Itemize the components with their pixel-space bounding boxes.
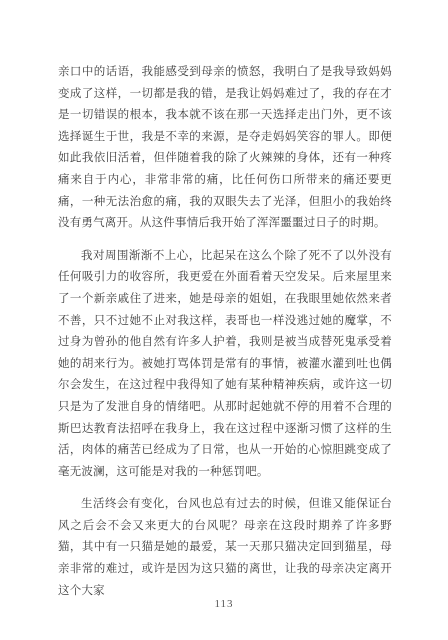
paragraph-1: 亲口中的话语，我能感受到母亲的愤怒，我明白了是我导致妈妈变成了这样，一切都是我的… bbox=[58, 62, 392, 235]
page-number: 113 bbox=[0, 598, 448, 610]
paragraph-2: 我对周围渐渐不上心，比起呆在这么个除了死不了以外没有任何吸引力的收容所，我更爱在… bbox=[58, 246, 392, 484]
document-page: 亲口中的话语，我能感受到母亲的愤怒，我明白了是我导致妈妈变成了这样，一切都是我的… bbox=[0, 0, 448, 640]
page-body-text: 亲口中的话语，我能感受到母亲的愤怒，我明白了是我导致妈妈变成了这样，一切都是我的… bbox=[58, 62, 392, 613]
paragraph-3: 生活终会有变化，台风也总有过去的时候，但谁又能保证台风之后会不会又来更大的台风呢… bbox=[58, 494, 392, 602]
